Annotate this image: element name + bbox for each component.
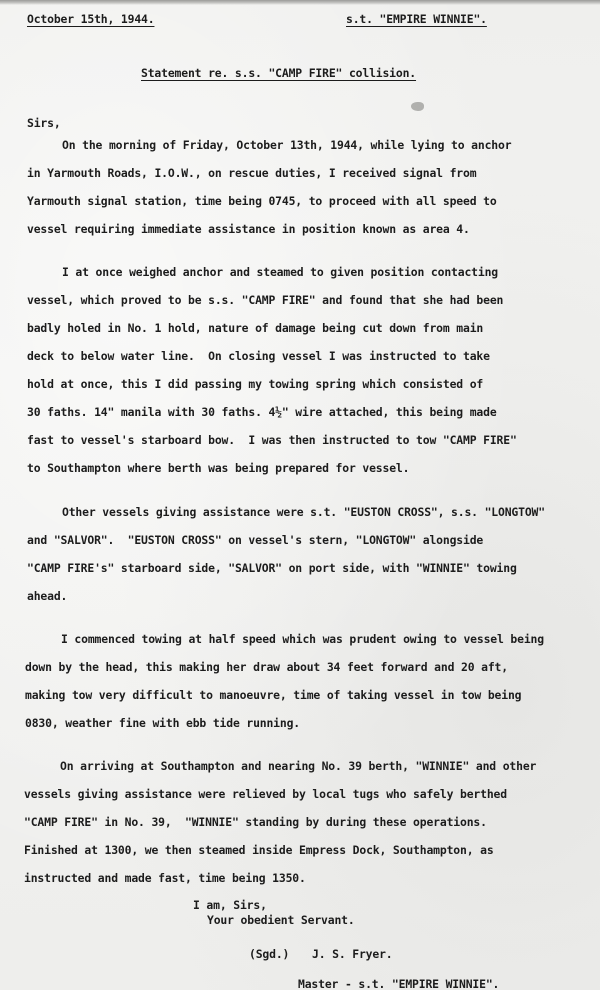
- paragraph-1-line-4: vessel requiring immediate assistance in…: [27, 222, 470, 236]
- sender-vessel: s.t. "EMPIRE WINNIE".: [346, 12, 487, 26]
- paragraph-5-line-3: "CAMP FIRE" in No. 39, "WINNIE" standing…: [24, 815, 487, 829]
- signatory-name: J. S. Fryer.: [312, 947, 393, 961]
- paragraph-2-line-2: vessel, which proved to be s.s. "CAMP FI…: [27, 293, 503, 307]
- paragraph-1-line-3: Yarmouth signal station, time being 0745…: [27, 194, 497, 208]
- paper-top-edge: [0, 0, 600, 5]
- statement-title: Statement re. s.s. "CAMP FIRE" collision…: [141, 66, 416, 80]
- closing-line-2: Your obedient Servant.: [207, 913, 355, 927]
- letter-date: October 15th, 1944.: [27, 12, 154, 26]
- paragraph-2-line-3: badly holed in No. 1 hold, nature of dam…: [27, 321, 483, 335]
- paragraph-4-line-3: making tow very difficult to manoeuvre, …: [25, 688, 521, 702]
- paragraph-2-line-6: 30 faths. 14" manila with 30 faths. 4½" …: [27, 405, 497, 419]
- paragraph-5-line-1: On arriving at Southampton and nearing N…: [60, 759, 536, 773]
- paragraph-3-line-2: and "SALVOR". "EUSTON CROSS" on vessel's…: [27, 533, 483, 547]
- paragraph-5-line-4: Finished at 1300, we then steamed inside…: [24, 843, 494, 857]
- paragraph-4-line-2: down by the head, this making her draw a…: [25, 660, 508, 674]
- paragraph-3-line-3: "CAMP FIRE's" starboard side, "SALVOR" o…: [27, 561, 517, 575]
- paragraph-5-line-5: instructed and made fast, time being 135…: [24, 871, 306, 885]
- paragraph-2-line-7: fast to vessel's starboard bow. I was th…: [27, 433, 517, 447]
- paragraph-4-line-1: I commenced towing at half speed which w…: [61, 632, 544, 646]
- paragraph-1-line-1: On the morning of Friday, October 13th, …: [62, 138, 511, 152]
- ink-blot: [411, 102, 424, 111]
- signed-marker: (Sgd.): [249, 947, 289, 961]
- paragraph-3-line-4: ahead.: [27, 589, 67, 603]
- typewritten-letter: October 15th, 1944. s.t. "EMPIRE WINNIE"…: [0, 0, 600, 990]
- paragraph-3-line-1: Other vessels giving assistance were s.t…: [62, 505, 545, 519]
- paragraph-2-line-5: hold at once, this I did passing my towi…: [27, 377, 483, 391]
- paragraph-1-line-2: in Yarmouth Roads, I.O.W., on rescue dut…: [27, 166, 476, 180]
- paragraph-2-line-4: deck to below water line. On closing ves…: [27, 349, 490, 363]
- signer-title: Master - s.t. "EMPIRE WINNIE".: [298, 977, 499, 990]
- salutation: Sirs,: [27, 116, 61, 130]
- paragraph-5-line-2: vessels giving assistance were relieved …: [24, 787, 507, 801]
- closing-line-1: I am, Sirs,: [193, 898, 267, 912]
- paragraph-2-line-8: to Southampton where berth was being pre…: [27, 461, 409, 475]
- paragraph-2-line-1: I at once weighed anchor and steamed to …: [62, 265, 498, 279]
- paragraph-4-line-4: 0830, weather fine with ebb tide running…: [25, 716, 300, 730]
